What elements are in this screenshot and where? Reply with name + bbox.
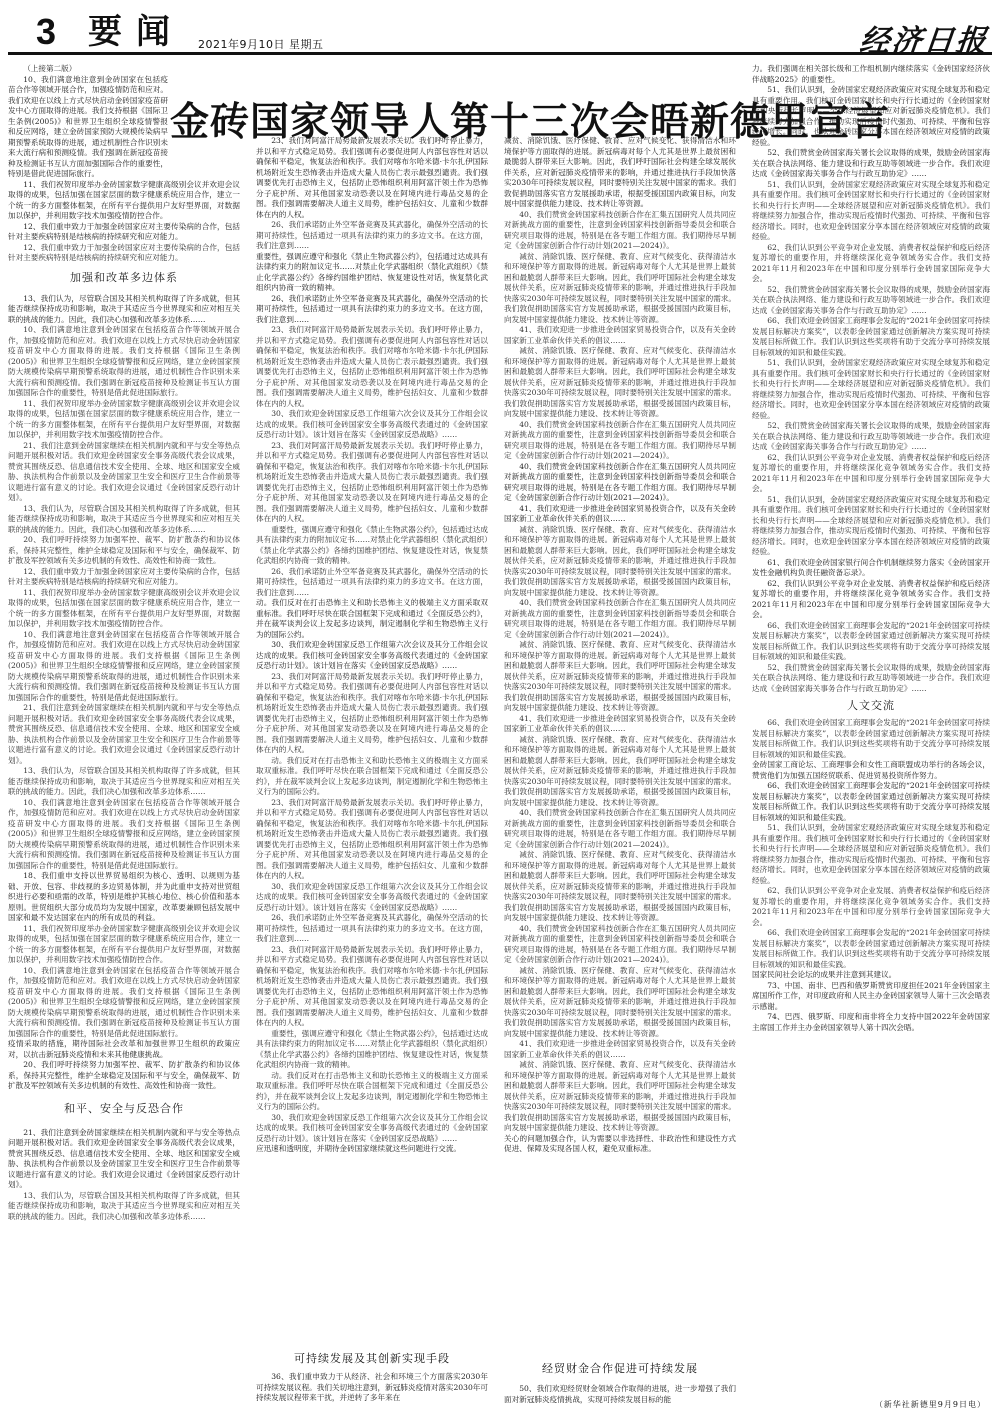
masthead: 3 要闻 2021年9月10日 星期五 经济日报	[0, 0, 1000, 54]
paragraph: 41、我们欢迎进一步推进金砖国家贸易投资合作，以及有关金砖国家新工业革命伙伴关系…	[504, 325, 736, 346]
paragraph: 10、我们满意地注意到金砖国家在包括疫苗合作等领域开展合作，加强疫情防范和应对。…	[8, 966, 240, 1040]
paragraph: 26、我们承诺防止外空军备竞赛及其武器化，确保外空活动的长期可持续性，包括通过一…	[256, 220, 488, 252]
paragraph: 13、我们认为，尽管联合国及其相关机构取得了许多成就，但其能否继续保持成功和影响…	[8, 1191, 240, 1223]
section-subhead: 和平、安全与反恐合作	[64, 1104, 184, 1115]
paragraph: 62、我们认识到公平竞争对企业发展、消费者权益保护和疫后经济复苏增长的重要作用，…	[752, 579, 990, 621]
paragraph: 21、我们注意到金砖国家继续在相关机制内就和平与安全等热点问题开展积极对话。我们…	[8, 1128, 240, 1191]
paragraph: 10、我们满意地注意到金砖国家在包括疫苗合作等领域开展合作，加强疫情防范和应对。…	[8, 75, 168, 180]
paragraph: 23、我们对阿富汗局势最新发展表示关切。我们呼吁停止暴力，并以和平方式稳定局势。…	[256, 798, 488, 882]
paragraph: 66、我们欢迎金砖国家工商理事会发起的“2021年金砖国家可持续发展目标解决方案…	[752, 718, 990, 760]
paragraph: 减贫、消除饥饿、医疗保健、教育、应对气候变化、获得清洁水和环境保护等方面取得的进…	[504, 966, 736, 1040]
paragraph: 疫情采取的措施，期待国际社会改革和加强世界卫生组织的政策应对，以抗击新冠肺炎疫情…	[8, 1039, 240, 1060]
paragraph: 金砖国家工商论坛、工商理事会和女性工商联盟成功举行的各场会议，赞赏他们为加强五国…	[752, 760, 990, 781]
paragraph: 30、我们欢迎金砖国家反恐工作组第六次会议及其分工作组会议达成的成果。我们核可金…	[256, 640, 488, 672]
paragraph: 66、我们欢迎金砖国家工商理事会发起的“2021年金砖国家可持续发展目标解决方案…	[752, 316, 990, 358]
paragraph: 36、我们重申致力于从经济、社会和环境三个方面落实2030年可持续发展议程。我们…	[256, 1372, 488, 1404]
paragraph: 51、我们认识到，金砖国家宏观经济政策应对实现全球复苏和稳定具有重要作用。我们核…	[752, 180, 990, 243]
paragraph: 62、我们认识到公平竞争对企业发展、消费者权益保护和疫后经济复苏增长的重要作用，…	[752, 886, 990, 928]
paragraph: 61、我们欢迎金砖国家银行间合作机制继续努力落实《金砖国家开发性金融机构负责任融…	[752, 558, 990, 579]
section-subhead: 经贸财金合作促进可持续发展	[504, 1360, 736, 1376]
paragraph: 10、我们满意地注意到金砖国家在包括疫苗合作等领域开展合作，加强疫情防范和应对。…	[8, 798, 240, 872]
section-subhead: 可持续发展及其创新实现手段	[256, 1350, 488, 1366]
paragraph: 国家民间社会论坛的成果并注意到其建议。	[752, 970, 990, 981]
byline: （新华社新德里9月9日电）	[875, 1399, 986, 1410]
paragraph: 11、我们祝贺印度举办金砖国家数字健康高级别会议并欢迎会议取得的成果，包括加强在…	[8, 399, 240, 441]
paragraph: 40、我们赞赏金砖国家科技创新合作在汇集五国研究人员共同应对新挑战方面的重要性，…	[504, 924, 736, 966]
paragraph: 66、我们欢迎金砖国家工商理事会发起的“2021年金砖国家可持续发展目标解决方案…	[752, 781, 990, 823]
paragraph: 21、我们注意到金砖国家继续在相关机制内就和平与安全等热点问题开展积极对话。我们…	[8, 441, 240, 504]
paragraph: 26、我们承诺防止外空军备竞赛及其武器化，确保外空活动的长期可持续性，包括通过一…	[256, 913, 488, 945]
page-number: 3	[36, 14, 56, 50]
paragraph: 动。我们反对在打击恐怖主义和助长恐怖主义的极端主义方面采取双重标准。我们呼吁尽快…	[256, 598, 488, 640]
paragraph: 40、我们赞赏金砖国家科技创新合作在汇集五国研究人员共同应对新挑战方面的重要性，…	[504, 462, 736, 504]
paragraph: 23、我们对阿富汗局势最新发展表示关切。我们呼吁停止暴力，并以和平方式稳定局势。…	[256, 136, 488, 220]
paragraph: 动。我们反对在打击恐怖主义和助长恐怖主义的极端主义方面采取双重标准。我们呼吁尽快…	[256, 1071, 488, 1113]
paragraph: 11、我们祝贺印度举办金砖国家数字健康高级别会议并欢迎会议取得的成果，包括加强在…	[8, 924, 240, 966]
article-column-2: 23、我们对阿富汗局势最新发展表示关切。我们呼吁停止暴力，并以和平方式稳定局势。…	[256, 136, 488, 1406]
paragraph: 40、我们赞赏金砖国家科技创新合作在汇集五国研究人员共同应对新挑战方面的重要性，…	[504, 808, 736, 850]
paragraph: 减贫、消除饥饿、医疗保健、教育、应对气候变化、获得清洁水和环境保护等方面取得的进…	[504, 850, 736, 924]
paragraph: 51、我们认识到，金砖国家宏观经济政策应对实现全球复苏和稳定具有重要作用。我们核…	[752, 495, 990, 558]
paragraph: 23、我们对阿富汗局势最新发展表示关切。我们呼吁停止暴力，并以和平方式稳定局势。…	[256, 441, 488, 525]
paragraph: 40、我们赞赏金砖国家科技创新合作在汇集五国研究人员共同应对新挑战方面的重要性，…	[504, 210, 736, 252]
paragraph: 73、中国、南非、巴西和俄罗斯赞赏印度担任2021年金砖国家主席国所作工作，对印…	[752, 981, 990, 1013]
paragraph: 66、我们欢迎金砖国家工商理事会发起的“2021年金砖国家可持续发展目标解决方案…	[752, 621, 990, 663]
paragraph: 12、我们重申致力于加强金砖国家应对主要传染病的合作，包括针对主要疾病特别是结核…	[8, 567, 240, 588]
paragraph: 20、我们呼吁持续努力加强军控、裁军、防扩散条约和协议体系，保持其完整性，维护全…	[8, 1060, 240, 1092]
paragraph: 减贫、消除饥饿、医疗保健、教育、应对气候变化、获得清洁水和环境保护等方面取得的进…	[504, 640, 736, 714]
paragraph: 关心的问题加强合作，认为需要以非选择性、非政治性和建设性方式促进、保障及实现各国…	[504, 1134, 736, 1155]
article-column-3: 减贫、消除饥饿、医疗保健、教育、应对气候变化、获得清洁水和环境保护等方面取得的进…	[504, 136, 736, 1406]
paragraph: 51、我们认识到，金砖国家宏观经济政策应对实现全球复苏和稳定具有重要作用。我们核…	[752, 823, 990, 886]
paragraph: 23、我们对阿富汗局势最新发展表示关切。我们呼吁停止暴力，并以和平方式稳定局势。…	[256, 672, 488, 756]
issue-date: 2021年9月10日 星期五	[198, 36, 324, 52]
paragraph: 重要性，强调应遵守和强化《禁止生物武器公约》，包括通过达成具有法律约束力的附加议…	[256, 525, 488, 567]
paragraph: 26、我们承诺防止外空军备竞赛及其武器化，确保外空活动的长期可持续性，包括通过一…	[256, 294, 488, 326]
paragraph: 23、我们对阿富汗局势最新发展表示关切。我们呼吁停止暴力，并以和平方式稳定局势。…	[256, 325, 488, 409]
paragraph: 10、我们满意地注意到金砖国家在包括疫苗合作等领域开展合作，加强疫情防范和应对。…	[8, 630, 240, 704]
paragraph: 13、我们认为，尽管联合国及其相关机构取得了许多成就，但其能否继续保持成功和影响…	[8, 504, 240, 536]
paragraph: 41、我们欢迎进一步推进金砖国家贸易投资合作，以及有关金砖国家新工业革命伙伴关系…	[504, 504, 736, 525]
paragraph: 减贫、消除饥饿、医疗保健、教育、应对气候变化、获得清洁水和环境保护等方面取得的进…	[504, 735, 736, 809]
paragraph: 41、我们欢迎进一步推进金砖国家贸易投资合作，以及有关金砖国家新工业革命伙伴关系…	[504, 714, 736, 735]
paragraph: 62、我们认识到公平竞争对企业发展、消费者权益保护和疫后经济复苏增长的重要作用，…	[752, 453, 990, 495]
article-column-3-tail: 50、我们欢迎经贸财金领域合作取得的进展，进一步增强了我们面对新冠肺炎疫情挑战，…	[504, 1384, 736, 1408]
article-column-2-tail: 36、我们重申致力于从经济、社会和环境三个方面落实2030年可持续发展议程。我们…	[256, 1372, 488, 1408]
continued-note: （上接第二版）	[8, 64, 168, 75]
paragraph: 11、我们祝贺印度举办金砖国家数字健康高级别会议并欢迎会议取得的成果，包括加强在…	[8, 588, 240, 630]
paragraph: 52、我们赞赏金砖国家海关署长会议取得的成果，鼓励金砖国家海关在联合执法网络、能…	[752, 421, 990, 453]
paragraph: 30、我们欢迎金砖国家反恐工作组第六次会议及其分工作组会议达成的成果。我们核可金…	[256, 409, 488, 441]
paragraph: 40、我们赞赏金砖国家科技创新合作在汇集五国研究人员共同应对新挑战方面的重要性，…	[504, 420, 736, 462]
section-subhead: 加强和改革多边体系	[70, 273, 178, 284]
paragraph: 减贫、消除饥饿、医疗保健、教育、应对气候变化、获得清洁水和环境保护等方面取得的进…	[504, 1060, 736, 1134]
paragraph: 52、我们赞赏金砖国家海关署长会议取得的成果，鼓励金砖国家海关在联合执法网络、能…	[752, 663, 990, 695]
paragraph: 18、我们重申支持以世界贸易组织为核心、透明、以规则为基础、开放、包容、非歧视的…	[8, 871, 240, 924]
section-subhead: 人文交流	[847, 701, 895, 712]
article-column-4: 力。我们强调在相关部长级和工作组机制内继续落实《金砖国家经济伙伴战略2025》的…	[752, 64, 990, 1409]
paragraph: 12、我们重申致力于加强金砖国家应对主要传染病的合作，包括针对主要疾病特别是结核…	[8, 243, 240, 264]
paragraph: 52、我们赞赏金砖国家海关署长会议取得的成果，鼓励金砖国家海关在联合执法网络、能…	[752, 148, 990, 180]
paragraph: 41、我们欢迎进一步推进金砖国家贸易投资合作，以及有关金砖国家新工业革命伙伴关系…	[504, 1039, 736, 1060]
paragraph: 20、我们呼吁持续努力加强军控、裁军、防扩散条约和协议体系，保持其完整性，维护全…	[8, 535, 240, 567]
paragraph: 21、我们注意到金砖国家继续在相关机制内就和平与安全等热点问题开展积极对话。我们…	[8, 703, 240, 766]
paragraph: 减贫、消除饥饿、医疗保健、教育、应对气候变化、获得清洁水和环境保护等方面取得的进…	[504, 346, 736, 420]
paragraph: 74、巴西、俄罗斯、印度和南非将全力支持中国2022年金砖国家主席国工作并主办金…	[752, 1012, 990, 1033]
article-column-1: （上接第二版） 10、我们满意地注意到金砖国家在包括疫苗合作等领域开展合作，加强…	[8, 64, 240, 1404]
paragraph: 重要性，强调应遵守和强化《禁止生物武器公约》，包括通过达成具有法律约束力的附加议…	[256, 1029, 488, 1071]
paragraph: 23、我们对阿富汗局势最新发展表示关切。我们呼吁停止暴力，并以和平方式稳定局势。…	[256, 945, 488, 1029]
paragraph: 26、我们承诺防止外空军备竞赛及其武器化，确保外空活动的长期可持续性，包括通过一…	[256, 567, 488, 599]
paragraph: 应迅速和透明度，并期待金砖国家继续就这些问题进行交流。	[256, 1144, 488, 1155]
paragraph: 66、我们欢迎金砖国家工商理事会发起的“2021年金砖国家可持续发展目标解决方案…	[752, 928, 990, 970]
paragraph: 13、我们认为，尽管联合国及其相关机构取得了许多成就，但其能否继续保持成功和影响…	[8, 294, 240, 326]
paragraph: 10、我们满意地注意到金砖国家在包括疫苗合作等领域开展合作，加强疫情防范和应对。…	[8, 325, 240, 399]
paragraph: 51、我们认识到，金砖国家宏观经济政策应对实现全球复苏和稳定具有重要作用。我们核…	[752, 85, 990, 148]
paragraph: 62、我们认识到公平竞争对企业发展、消费者权益保护和疫后经济复苏增长的重要作用，…	[752, 243, 990, 285]
paragraph: 力。我们强调在相关部长级和工作组机制内继续落实《金砖国家经济伙伴战略2025》的…	[752, 64, 990, 85]
paragraph: 30、我们欢迎金砖国家反恐工作组第六次会议及其分工作组会议达成的成果。我们核可金…	[256, 882, 488, 914]
paragraph: 12、我们重申致力于加强金砖国家应对主要传染病的合作，包括针对主要疾病特别是结核…	[8, 222, 240, 243]
paragraph: 13、我们认为，尽管联合国及其相关机构取得了许多成就，但其能否继续保持成功和影响…	[8, 766, 240, 798]
section-title: 要闻	[88, 12, 184, 52]
paragraph: 30、我们欢迎金砖国家反恐工作组第六次会议及其分工作组会议达成的成果。我们核可金…	[256, 1113, 488, 1145]
paragraph: 减贫、消除饥饿、医疗保健、教育、应对气候变化、获得清洁水和环境保护等方面取得的进…	[504, 525, 736, 599]
paragraph: 减贫、消除饥饿、医疗保健、教育、应对气候变化、获得清洁水和环境保护等方面取得的进…	[504, 136, 736, 210]
paragraph: 51、我们认识到，金砖国家宏观经济政策应对实现全球复苏和稳定具有重要作用。我们核…	[752, 358, 990, 421]
paragraph: 11、我们祝贺印度举办金砖国家数字健康高级别会议并欢迎会议取得的成果，包括加强在…	[8, 180, 240, 222]
paragraph: 动。我们反对在打击恐怖主义和助长恐怖主义的极端主义方面采取双重标准。我们呼吁尽快…	[256, 756, 488, 798]
paragraph: 52、我们赞赏金砖国家海关署长会议取得的成果，鼓励金砖国家海关在联合执法网络、能…	[752, 285, 990, 317]
paragraph: 50、我们欢迎经贸财金领域合作取得的进展，进一步增强了我们面对新冠肺炎疫情挑战，…	[504, 1384, 736, 1405]
paragraph: 重要性，强调应遵守和强化《禁止生物武器公约》，包括通过达成具有法律约束力的附加议…	[256, 252, 488, 294]
paragraph: 减贫、消除饥饿、医疗保健、教育、应对气候变化、获得清洁水和环境保护等方面取得的进…	[504, 252, 736, 326]
paragraph: 40、我们赞赏金砖国家科技创新合作在汇集五国研究人员共同应对新挑战方面的重要性，…	[504, 598, 736, 640]
masthead-divider	[8, 52, 992, 55]
